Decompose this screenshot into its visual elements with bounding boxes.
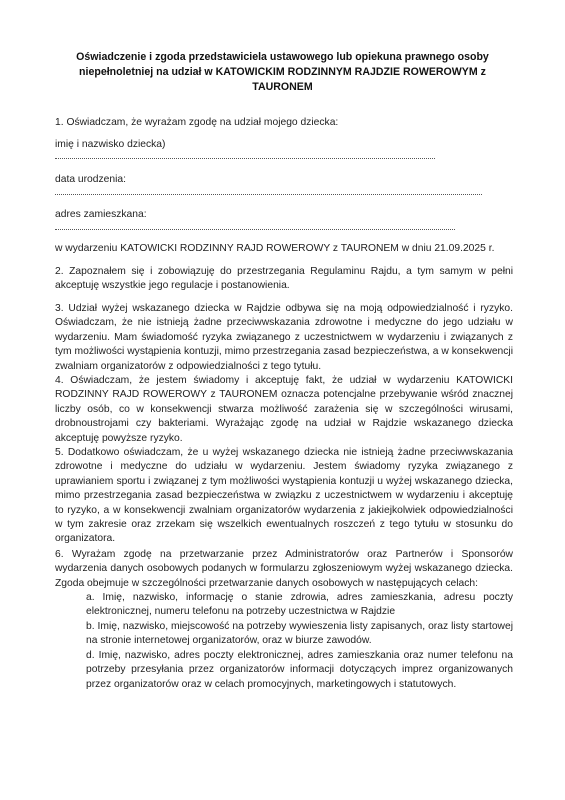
event-line: w wydarzeniu KATOWICKI RODZINNY RAJD ROW… (55, 242, 513, 256)
document-page: Oświadczenie i zgoda przedstawiciela ust… (0, 0, 565, 800)
paragraph-3: 3. Udział wyżej wskazanego dziecka w Raj… (55, 302, 513, 374)
paragraph-4: 4. Oświadczam, że jestem świadomy i akce… (55, 374, 513, 446)
paragraph-2: 2. Zapoznałem się i zobowiązuję do przes… (55, 265, 513, 294)
address-field[interactable] (55, 228, 455, 230)
paragraph-5: 5. Dodatkowo oświadczam, że u wyżej wska… (55, 446, 513, 547)
address-label: adres zamieszkana: (55, 208, 513, 222)
paragraph-6: 6. Wyrażam zgodę na przetwarzanie przez … (55, 548, 513, 591)
birth-date-label: data urodzenia: (55, 173, 513, 187)
consent-item-a: a. Imię, nazwisko, informację o stanie z… (86, 591, 513, 620)
consent-item-b: b. Imię, nazwisko, miejscowość na potrze… (86, 620, 513, 649)
consent-intro: 1. Oświadczam, że wyrażam zgodę na udzia… (55, 116, 513, 130)
child-name-label: imię i nazwisko dziecka) (55, 138, 513, 152)
document-title: Oświadczenie i zgoda przedstawiciela ust… (60, 50, 505, 95)
consent-item-d: d. Imię, nazwisko, adres poczty elektron… (86, 649, 513, 692)
birth-date-field[interactable] (55, 193, 482, 195)
child-name-field[interactable] (55, 157, 435, 159)
